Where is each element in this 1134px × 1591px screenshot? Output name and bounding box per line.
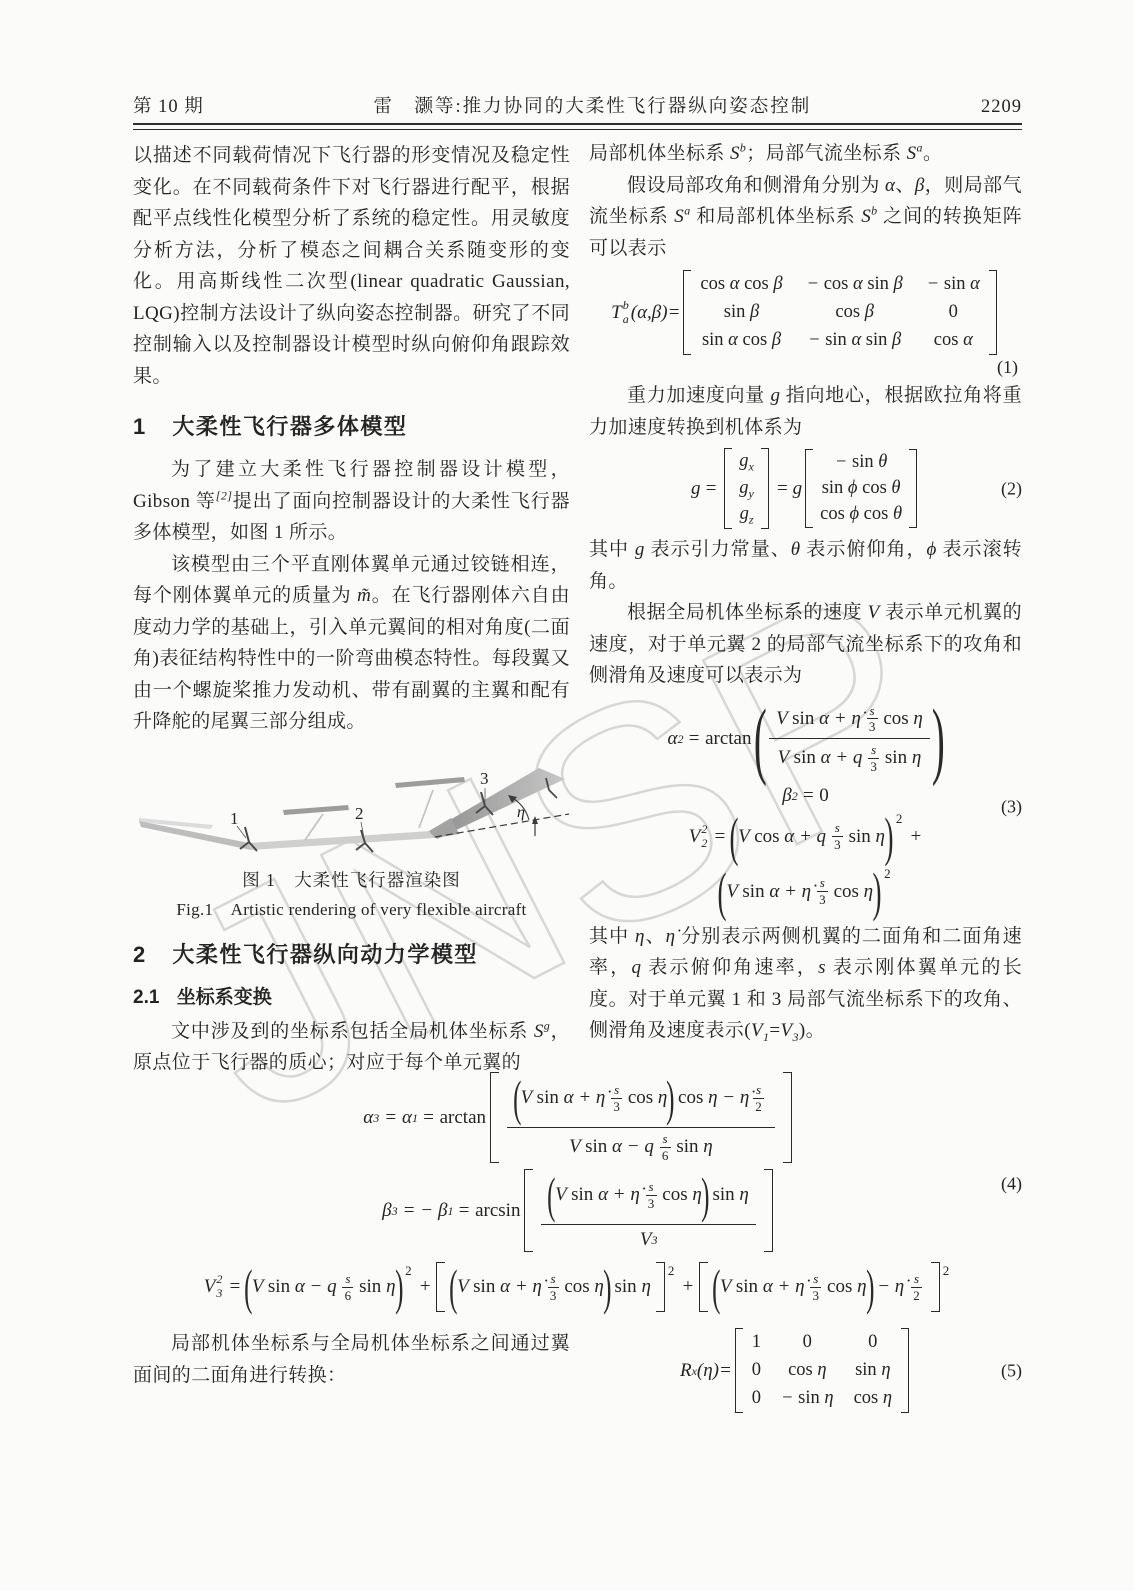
right-bracket xyxy=(989,270,997,355)
eq2-g-vector: gx gy gz xyxy=(724,448,769,529)
right-bracket xyxy=(931,1262,940,1312)
section-1-paragraph-1: 为了建立大柔性飞行器控制器设计模型，Gibson 等[2]提出了面向控制器设计的… xyxy=(133,454,570,549)
right-paren: ) xyxy=(866,1262,874,1312)
header-double-rule xyxy=(133,123,1022,130)
eq4b-bracket-group: ( V sin α + η̇s3cos η ) sin η V3 xyxy=(524,1169,772,1252)
paragraph-velocity: 根据全局机体坐标系的速度 V 表示单元机翼的速度，对于单元翼 2 的局部气流坐标… xyxy=(589,597,1022,692)
center-wing-panel xyxy=(249,831,435,850)
right-paren: ) xyxy=(873,865,882,919)
left-bracket xyxy=(436,1262,445,1312)
section-1-number: 1 xyxy=(133,414,147,439)
figure-caption-zh: 图 1 大柔性飞行器渲染图 xyxy=(133,867,570,892)
eq4a-bracket-group: ( V sin α + η̇s3cos η ) cos η − η̇ s2 V … xyxy=(490,1072,792,1163)
right-paren: ) xyxy=(603,1262,611,1312)
eq1-symbol-T: T xyxy=(611,302,622,324)
section-2-title: 大柔性飞行器纵向动力学模型 xyxy=(172,942,478,967)
big-right-bracket xyxy=(764,1169,773,1252)
wing-label-2: 2 xyxy=(355,804,364,823)
big-right-bracket xyxy=(783,1072,792,1163)
eq5-R: R xyxy=(680,1360,692,1382)
eq5-matrix: 100 0cos ηsin η 0− sin ηcos η xyxy=(735,1328,909,1413)
eq5-label: (5) xyxy=(1001,1360,1022,1381)
eq3-fraction: V sin α + η̇s3cos η V sin α + qs3sin η xyxy=(769,703,930,775)
left-bracket xyxy=(699,1262,708,1312)
equation-2: g = gx gy gz = g − sin θ sin ϕ cos θ cos… xyxy=(589,448,1022,529)
paragraph-gravity: 重力加速度向量 g 指向地心，根据欧拉角将重力加速度转换到机体系为 xyxy=(589,380,1022,443)
left-bracket xyxy=(724,448,732,529)
section-2-1-paragraph: 文中涉及到的坐标系包括全局机体坐标系 Sg，原点位于飞行器的质心；对应于每个单元… xyxy=(133,1016,570,1079)
left-bracket xyxy=(735,1328,743,1413)
header-page-number: 2209 xyxy=(981,97,1022,118)
eq2-g: g xyxy=(691,478,701,500)
right-bracket xyxy=(761,448,769,529)
right-bracket xyxy=(901,1328,909,1413)
bottom-equation-block: α3 = α1 = arctan ( V sin α + η̇s3cos η )… xyxy=(133,1072,1022,1413)
left-bracket xyxy=(805,449,813,528)
paragraph-alpha-beta: 假设局部攻角和侧滑角分别为 α、β，则局部气流坐标系 Sa 和局部机体坐标系 S… xyxy=(589,170,1022,265)
right-paren: ) xyxy=(667,1073,675,1123)
section-2-1-heading: 2.1 坐标系变换 xyxy=(133,982,570,1009)
left-paren: ( xyxy=(730,810,739,864)
tailplane-1 xyxy=(283,805,349,815)
tail-boom-1 xyxy=(305,814,323,840)
left-paren: ( xyxy=(718,865,727,919)
aircraft-rendering-figure: 1 2 3 η xyxy=(133,748,570,860)
eq2-label: (2) xyxy=(1001,478,1022,499)
figure-1: 1 2 3 η 图 1 大柔性飞行器渲染图 Fig.1 Artistic ren… xyxy=(133,748,570,920)
right-paren: ) xyxy=(884,810,893,864)
section-2-1-title: 坐标系变换 xyxy=(177,987,272,1008)
eq3-line-v2-second: ( V sin α + η̇s3cos η ) 2 xyxy=(589,865,1022,919)
big-left-paren: ( xyxy=(754,696,767,782)
section-2-1-number: 2.1 xyxy=(133,987,159,1008)
right-bracket xyxy=(656,1262,665,1312)
header-running-title: 雷 灏等:推力协同的大柔性飞行器纵向姿态控制 xyxy=(204,92,981,118)
left-paren: ( xyxy=(450,1262,458,1312)
eq3-line-alpha2: α2 = arctan ( V sin α + η̇s3cos η V sin … xyxy=(589,696,1022,782)
equation-4a: α3 = α1 = arctan ( V sin α + η̇s3cos η )… xyxy=(133,1072,1022,1163)
left-paren: ( xyxy=(244,1262,252,1312)
left-column: 以描述不同载荷情况下飞行器的形变情况及稳定性变化。在不同载荷条件下对飞行器进行配… xyxy=(133,140,570,1079)
intro-paragraph: 以描述不同载荷情况下飞行器的形变情况及稳定性变化。在不同载荷条件下对飞行器进行配… xyxy=(133,140,570,392)
eq4c-bracket-group-2: ( V sin α + η̇s3cos η ) − η̇ s2 xyxy=(699,1262,940,1312)
paragraph-transform: 局部机体坐标系与全局机体坐标系之间通过翼面间的二面角进行转换： xyxy=(133,1328,570,1391)
tailplane-2 xyxy=(395,777,465,788)
big-left-bracket xyxy=(490,1072,499,1163)
eq2-coef: g xyxy=(793,478,803,500)
figure-caption-en: Fig.1 Artistic rendering of very flexibl… xyxy=(133,895,570,920)
eq1-label: (1) xyxy=(589,357,1018,378)
eq1-supsub: ba xyxy=(623,299,629,327)
eq4c-bracket-group-1: ( V sin α + η̇s3cos η ) sin η xyxy=(436,1262,664,1312)
wing-label-1: 1 xyxy=(230,809,239,828)
section-2-number: 2 xyxy=(133,942,147,967)
journal-page: JNSP 第 10 期 雷 灏等:推力协同的大柔性飞行器纵向姿态控制 2209 … xyxy=(0,0,1134,1591)
header-issue: 第 10 期 xyxy=(133,92,204,118)
bottom-row: 局部机体坐标系与全局机体坐标系之间通过翼面间的二面角进行转换： Rx(η)= 1… xyxy=(133,1328,1022,1413)
left-paren: ( xyxy=(712,1262,720,1312)
section-1-title: 大柔性飞行器多体模型 xyxy=(172,414,407,439)
eq2-euler-vector: − sin θ sin ϕ cos θ cos ϕ cos θ xyxy=(805,449,917,528)
left-bracket xyxy=(683,270,691,355)
right-column: 局部机体坐标系 Sb；局部气流坐标系 Sa。 假设局部攻角和侧滑角分别为 α、β… xyxy=(589,138,1022,1047)
left-paren: ( xyxy=(513,1073,521,1123)
right-paren: ) xyxy=(395,1262,403,1312)
eta-label: η xyxy=(517,804,525,821)
right-bracket xyxy=(909,449,917,528)
eq3-line-v2-first: V22 = ( V cos α + qs3sin η ) 2 + xyxy=(589,810,1022,864)
paragraph-eta-notation: 其中 η、η̇ 分别表示两侧机翼的二面角和二面角速率，q 表示俯仰角速率，s 表… xyxy=(589,921,1022,1047)
equation-1: Tba(α,β)= cos α cos β− cos α sin β− sin … xyxy=(589,270,1022,378)
section-1-paragraph-2: 该模型由三个平直刚体翼单元通过铰链相连，每个刚体翼单元的质量为 m̃。在飞行器刚… xyxy=(133,549,570,738)
eq4-label: (4) xyxy=(1001,1174,1022,1195)
eq1-matrix: cos α cos β− cos α sin β− sin α sin βcos… xyxy=(683,270,996,355)
equation-4c: V23 = ( V sin α − qs6sin η ) 2 + ( V sin… xyxy=(133,1262,1022,1312)
eq3-line-beta2: β2 = 0 xyxy=(589,785,1022,807)
right-paren: ) xyxy=(701,1170,709,1220)
paragraph-continuation: 局部机体坐标系 Sb；局部气流坐标系 Sa。 xyxy=(589,138,1022,170)
equation-3: α2 = arctan ( V sin α + η̇s3cos η V sin … xyxy=(589,696,1022,919)
eq3-label: (3) xyxy=(1001,797,1022,818)
equation-5: Rx(η)= 100 0cos ηsin η 0− sin ηcos η (5) xyxy=(570,1328,1022,1413)
page-header: 第 10 期 雷 灏等:推力协同的大柔性飞行器纵向姿态控制 2209 xyxy=(133,92,1022,118)
left-paren: ( xyxy=(548,1170,556,1220)
section-2-heading: 2 大柔性飞行器纵向动力学模型 xyxy=(133,938,570,969)
eq1-args: (α,β)= xyxy=(631,302,681,324)
section-1-heading: 1 大柔性飞行器多体模型 xyxy=(133,410,570,441)
big-right-paren: ) xyxy=(932,696,945,782)
paragraph-notation-g: 其中 g 表示引力常量、θ 表示俯仰角，ϕ 表示滚转角。 xyxy=(589,534,1022,597)
wing-label-3: 3 xyxy=(480,769,489,788)
big-left-bracket xyxy=(524,1169,533,1252)
equation-4b: β3 = − β1 = arcsin ( V sin α + η̇s3cos η… xyxy=(133,1169,1022,1252)
tail-boom-2 xyxy=(419,790,433,828)
